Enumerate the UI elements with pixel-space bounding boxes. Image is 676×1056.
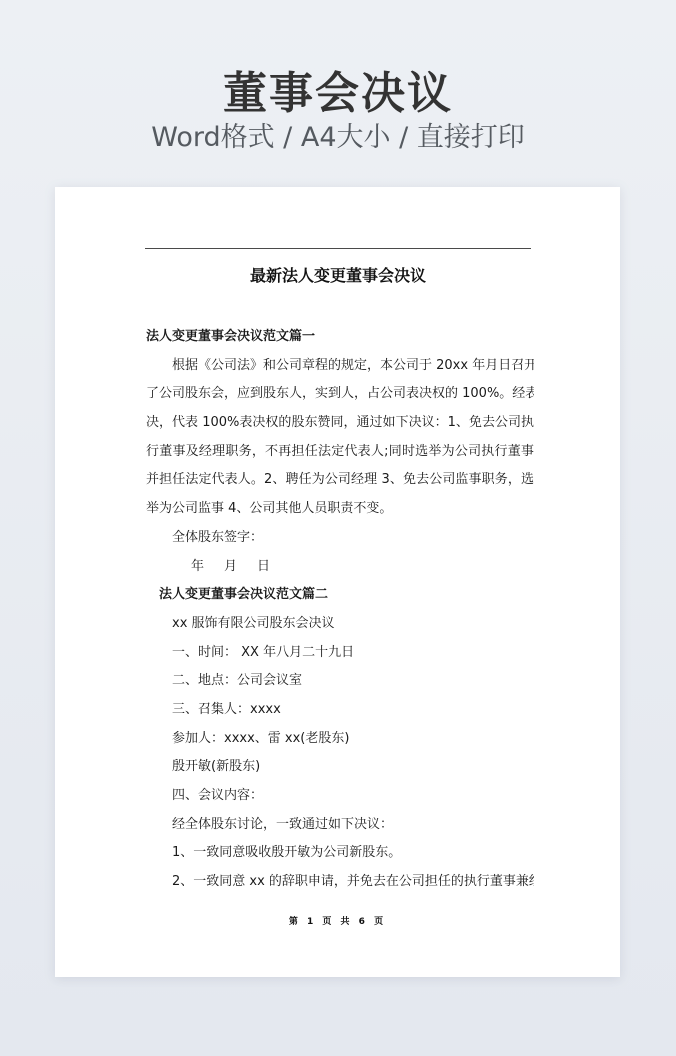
- list-line: 二、地点：公司会议室: [146, 667, 534, 696]
- document-body: 法人变更董事会决议范文篇一 根据《公司法》和公司章程的规定，本公司于 20xx …: [146, 323, 534, 897]
- section-heading-1: 法人变更董事会决议范文篇一: [146, 323, 534, 352]
- date-year: 年: [191, 559, 204, 574]
- signature-label: 全体股东签字：: [146, 524, 534, 553]
- list-line: 1、一致同意吸收殷开敏为公司新股东。: [146, 839, 534, 868]
- list-line: 参加人：xxxx、雷 xx(老股东): [146, 725, 534, 754]
- document-title: 最新法人变更董事会决议: [145, 265, 531, 287]
- signature-date: 年月日: [146, 553, 534, 582]
- list-line: 三、召集人：xxxx: [146, 696, 534, 725]
- paragraph-line: 并担任法定代表人。2、聘任为公司经理 3、免去公司监事职务，选: [146, 466, 534, 495]
- list-line: 经全体股东讨论，一致通过如下决议：: [146, 811, 534, 840]
- date-day: 日: [257, 559, 270, 574]
- hero-title: 董事会决议: [0, 66, 676, 122]
- paragraph-line: 行董事及经理职务，不再担任法定代表人;同时选举为公司执行董事: [146, 438, 534, 467]
- page-footer: 第 1 页 共 6 页: [55, 914, 620, 927]
- document-page: 最新法人变更董事会决议 法人变更董事会决议范文篇一 根据《公司法》和公司章程的规…: [55, 187, 620, 977]
- date-month: 月: [224, 559, 237, 574]
- paragraph-line: 了公司股东会，应到股东人，实到人，占公司表决权的 100%。经表: [146, 380, 534, 409]
- list-line: 一、时间： XX 年八月二十九日: [146, 639, 534, 668]
- header-rule: [145, 248, 531, 249]
- list-line: 2、一致同意 xx 的辞职申请，并免去在公司担任的执行董事兼经: [146, 868, 534, 897]
- paragraph-line: 决，代表 100%表决权的股东赞同，通过如下决议：1、免去公司执: [146, 409, 534, 438]
- hero-subtitle: Word格式 / A4大小 / 直接打印: [0, 120, 676, 156]
- paragraph-line: 举为公司监事 4、公司其他人员职责不变。: [146, 495, 534, 524]
- list-line: 殷开敏(新股东): [146, 753, 534, 782]
- section-heading-2: 法人变更董事会决议范文篇二: [146, 581, 534, 610]
- list-line: 四、会议内容：: [146, 782, 534, 811]
- paragraph-line: 根据《公司法》和公司章程的规定，本公司于 20xx 年月日召开: [146, 352, 534, 381]
- list-line: xx 服饰有限公司股东会决议: [146, 610, 534, 639]
